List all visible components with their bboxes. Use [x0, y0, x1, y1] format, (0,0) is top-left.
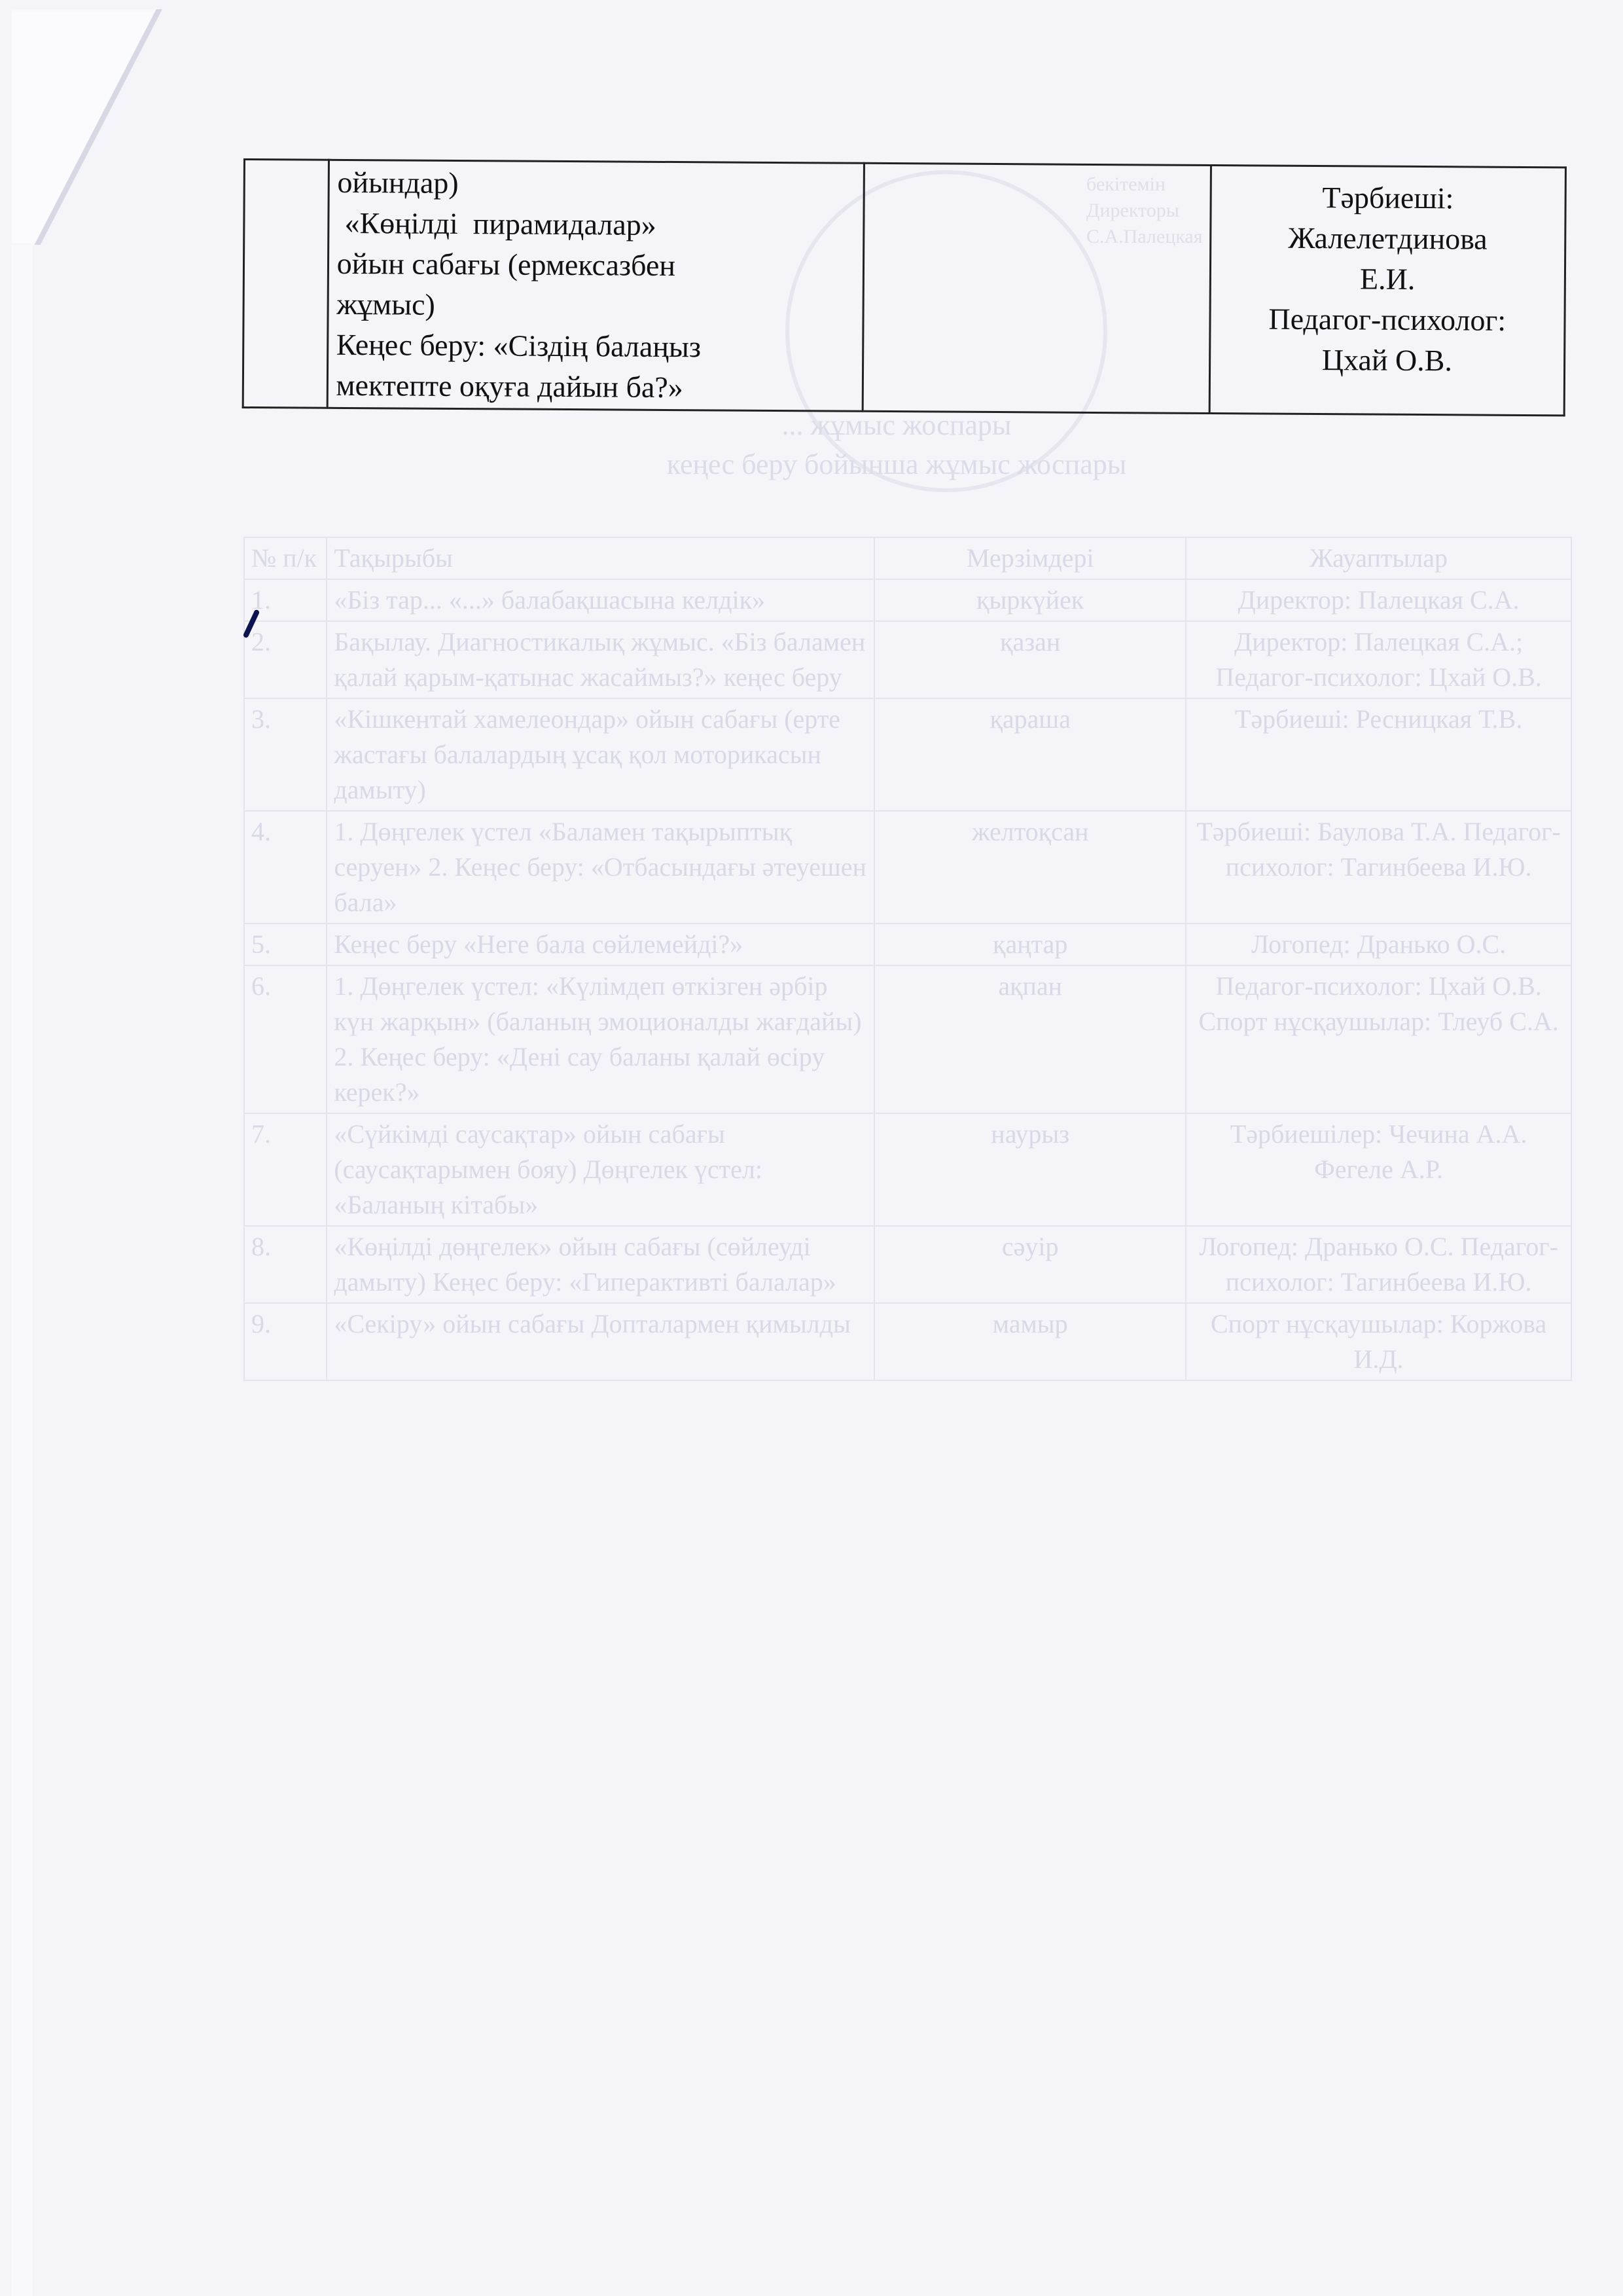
ghost-table: № п/к Тақырыбы Мерзімдері Жауаптылар 1.«… — [243, 537, 1572, 1381]
ghost-table-row: 6.1. Дөңгелек үстел: «Күлімдеп өткізген … — [244, 965, 1571, 1113]
topic-line: ойын сабағы (ермексазбен — [336, 243, 855, 287]
row-topic: «Сүйкімді саусақтар» ойын сабағы (саусақ… — [327, 1113, 874, 1226]
row-responsible: Тәрбиеші: Баулова Т.А. Педагог-психолог:… — [1186, 811, 1571, 924]
page-edge-strip — [12, 236, 33, 2296]
ghost-table-row: 3.«Кішкентай хамелеондар» ойын сабағы (е… — [244, 698, 1571, 811]
row-responsible: Директор: Палецкая С.А. — [1186, 579, 1571, 621]
row-topic: «Біз тар... «...» балабақшасына келдік» — [327, 579, 874, 621]
row-topic: «Секіру» ойын сабағы Допталармен қимылды — [327, 1303, 874, 1380]
row-number: 6. — [244, 965, 327, 1113]
scanned-page: бекітемін Директоры С.А.Палецкая ... жұм… — [0, 0, 1623, 2296]
responsible-line: Е.И. — [1211, 258, 1563, 300]
ghost-table-header: № п/к Тақырыбы Мерзімдері Жауаптылар — [244, 537, 1571, 579]
row-topic: 1. Дөңгелек үстел «Баламен тақырыптық се… — [327, 811, 874, 924]
row-responsible: Педагог-психолог: Цхай О.В. Спорт нұсқау… — [1186, 965, 1571, 1113]
row-date: қазан — [874, 621, 1186, 698]
ghost-table-row: 1.«Біз тар... «...» балабақшасына келдік… — [244, 579, 1571, 621]
ghost-title-line: кеңес беру бойынша жұмыс жоспары — [537, 445, 1257, 484]
plan-title-show-through: ... жұмыс жоспары кеңес беру бойынша жұм… — [537, 406, 1257, 484]
row-responsible: Тәрбиешілер: Чечина А.А. Фегеле А.Р. — [1186, 1113, 1571, 1226]
responsible-line: Цхай О.В. — [1211, 339, 1563, 382]
row-responsible: Логопед: Дранько О.С. — [1186, 924, 1571, 965]
ghost-table-row: 9.«Секіру» ойын сабағы Допталармен қимыл… — [244, 1303, 1571, 1380]
column-header-topic: Тақырыбы — [327, 537, 874, 579]
row-date: ақпан — [874, 965, 1186, 1113]
row-number: 2. — [244, 621, 327, 698]
row-topic: Бақылау. Диагностикалық жұмыс. «Біз бала… — [327, 621, 874, 698]
row-number: 9. — [244, 1303, 327, 1380]
row-topic: «Кішкентай хамелеондар» ойын сабағы (ерт… — [327, 698, 874, 811]
row-date: наурыз — [874, 1113, 1186, 1226]
topic-line: «Көңілді пирамидалар» — [337, 203, 855, 247]
row-responsible: Логопед: Дранько О.С. Педагог-психолог: … — [1186, 1226, 1571, 1303]
row-topic: «Көңілді дөңгелек» ойын сабағы (сөйлеуді… — [327, 1226, 874, 1303]
row-number: 7. — [244, 1113, 327, 1226]
row-responsible: Директор: Палецкая С.А.; Педагог-психоло… — [1186, 621, 1571, 698]
topic-line: ойындар) — [337, 162, 855, 206]
column-header-number: № п/к — [244, 537, 327, 579]
plan-table-show-through: № п/к Тақырыбы Мерзімдері Жауаптылар 1.«… — [243, 537, 1572, 2160]
row-topic: 1. Дөңгелек үстел: «Күлімдеп өткізген әр… — [327, 965, 874, 1113]
date-cell — [863, 163, 1211, 413]
row-responsible: Спорт нұсқаушылар: Коржова И.Д. — [1186, 1303, 1571, 1380]
row-topic: Кеңес беру «Неге бала сөйлемейді?» — [327, 924, 874, 965]
ghost-table-row: 7.«Сүйкімді саусақтар» ойын сабағы (саус… — [244, 1113, 1571, 1226]
ghost-table-row: 5.Кеңес беру «Неге бала сөйлемейді?»қаңт… — [244, 924, 1571, 965]
row-date: сәуір — [874, 1226, 1186, 1303]
row-number: 5. — [244, 924, 327, 965]
row-number-cell — [243, 160, 329, 408]
row-date: мамыр — [874, 1303, 1186, 1380]
responsible-line: Тәрбиеші: — [1212, 177, 1564, 219]
ghost-table-row: 8.«Көңілді дөңгелек» ойын сабағы (сөйлеу… — [244, 1226, 1571, 1303]
topic-cell: ойындар) «Көңілді пирамидалар» ойын саба… — [327, 160, 865, 411]
ghost-table-row: 4.1. Дөңгелек үстел «Баламен тақырыптық … — [244, 811, 1571, 924]
row-date: қараша — [874, 698, 1186, 811]
responsible-cell: Тәрбиеші: Жалелетдинова Е.И. Педагог-пси… — [1209, 166, 1566, 416]
row-responsible: Тәрбиеші: Ресницкая Т.В. — [1186, 698, 1571, 811]
row-number: 4. — [244, 811, 327, 924]
activity-table: ойындар) «Көңілді пирамидалар» ойын саба… — [242, 158, 1567, 416]
row-date: қаңтар — [874, 924, 1186, 965]
column-header-date: Мерзімдері — [874, 537, 1186, 579]
row-date: қыркүйек — [874, 579, 1186, 621]
table-row: ойындар) «Көңілді пирамидалар» ойын саба… — [243, 160, 1565, 416]
topic-line: мектепте оқуға дайын ба?» — [336, 365, 854, 409]
row-number: 3. — [244, 698, 327, 811]
topic-line: жұмыс) — [336, 284, 855, 328]
row-number: 8. — [244, 1226, 327, 1303]
responsible-line: Педагог-психолог: — [1211, 298, 1563, 341]
row-date: желтоқсан — [874, 811, 1186, 924]
ghost-table-row: 2.Бақылау. Диагностикалық жұмыс. «Біз ба… — [244, 621, 1571, 698]
column-header-responsible: Жауаптылар — [1186, 537, 1571, 579]
responsible-line: Жалелетдинова — [1212, 217, 1564, 260]
topic-line: Кеңес беру: «Сіздің балаңыз — [336, 325, 855, 368]
